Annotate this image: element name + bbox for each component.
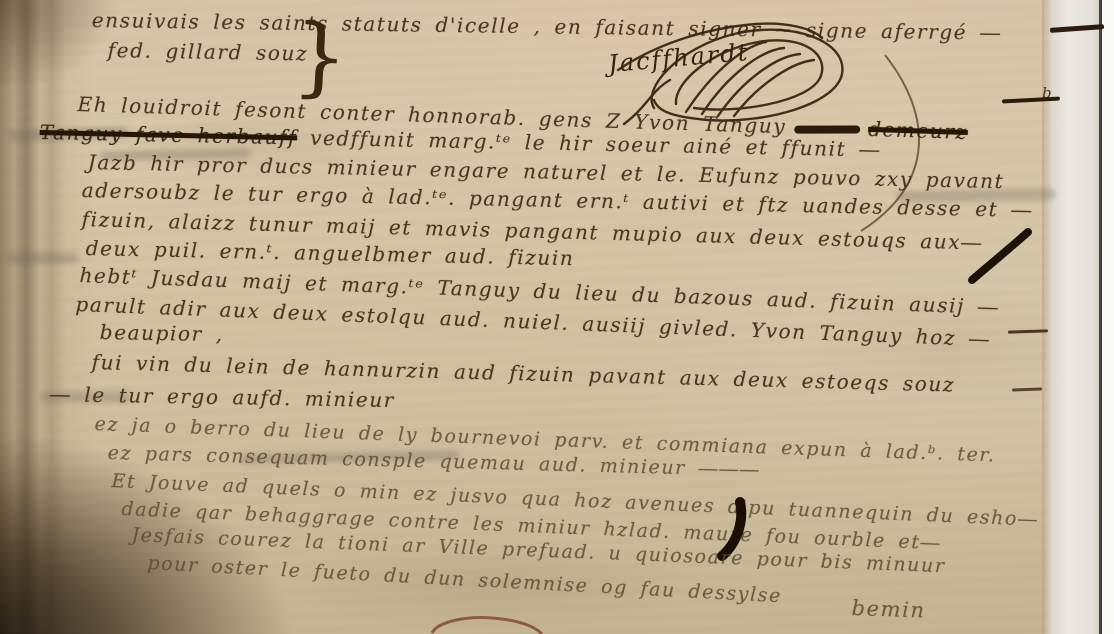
manuscript-line: fed. gillard souz [108,38,309,65]
partial-oval-arc [428,616,550,634]
manuscript-line: beaupior , [100,320,224,346]
manuscript-page-photo: ensuivais les saints statuts d'icelle , … [0,0,1114,634]
photo-white-margin [1102,0,1114,634]
ink-scribble-blot [794,125,860,133]
manuscript-closing-word: bemin [851,596,926,623]
struck-word: demeurz [868,117,968,144]
heavy-slash-stroke [968,228,1034,284]
curly-brace-flourish: } [291,13,350,102]
